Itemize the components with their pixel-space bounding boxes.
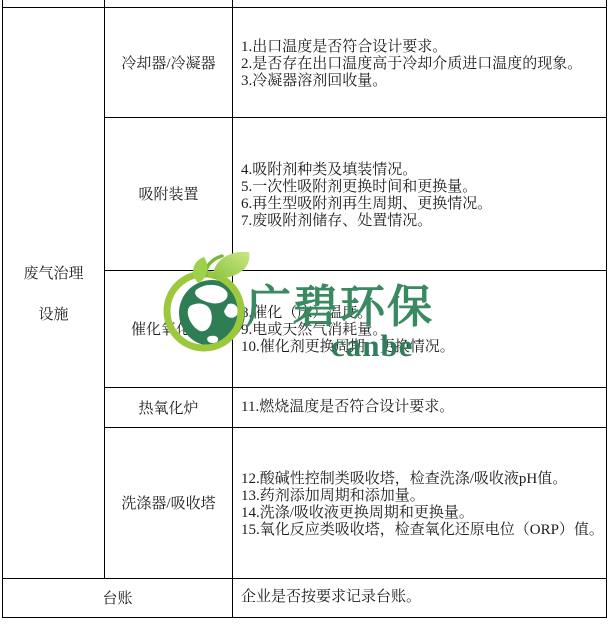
brand-name-en: canbe bbox=[331, 330, 414, 361]
device-cell: 洗涤器/吸收塔 bbox=[105, 427, 233, 578]
device-label: 催化氧化器 bbox=[131, 322, 206, 338]
items-cell: 4.吸附剂种类及填装情况。 5.一次性吸附剂更换时间和更换量。 6.再生型吸附剂… bbox=[233, 117, 607, 270]
truncated-cell bbox=[105, 0, 233, 7]
checklist-item: 5.一次性吸附剂更换时间和更换量。 bbox=[241, 179, 477, 195]
device-label: 冷却器/冷凝器 bbox=[121, 56, 215, 72]
truncated-cell bbox=[3, 0, 105, 7]
category-label-line1: 废气治理 bbox=[3, 262, 104, 283]
table-row: 废气治理 设施 冷却器/冷凝器 1.出口温度是否符合设计要求。 2.是否存在出口… bbox=[3, 7, 607, 117]
checklist-item: 13.药剂添加周期和添加量。 bbox=[241, 488, 425, 504]
device-cell: 冷却器/冷凝器 bbox=[105, 7, 233, 117]
category-label-line2: 设施 bbox=[3, 303, 104, 324]
checklist-item: 12.酸碱性控制类吸收塔，检查洗涤/吸收液pH值。 bbox=[241, 471, 567, 487]
device-label: 洗涤器/吸收塔 bbox=[121, 496, 215, 512]
checklist-item: 6.再生型吸附剂再生周期、更换情况。 bbox=[241, 196, 492, 212]
items-cell: 1.出口温度是否符合设计要求。 2.是否存在出口温度高于冷却介质进口温度的现象。… bbox=[233, 7, 607, 117]
checklist-item: 企业是否按要求记录台账。 bbox=[241, 589, 421, 605]
items-cell: 企业是否按要求记录台账。 bbox=[233, 578, 607, 617]
items-cell: 12.酸碱性控制类吸收塔，检查洗涤/吸收液pH值。 13.药剂添加周期和添加量。… bbox=[233, 427, 607, 578]
ledger-label: 台账 bbox=[102, 591, 132, 607]
device-label: 吸附装置 bbox=[138, 187, 198, 203]
table-row bbox=[3, 0, 607, 7]
truncated-cell bbox=[233, 0, 607, 7]
device-label: 热氧化炉 bbox=[138, 401, 198, 417]
checklist-item: 4.吸附剂种类及填装情况。 bbox=[241, 162, 417, 178]
checklist-item: 7.废吸附剂储存、处置情况。 bbox=[241, 213, 432, 229]
ledger-cell: 台账 bbox=[3, 578, 233, 617]
checklist-item: 1.出口温度是否符合设计要求。 bbox=[241, 39, 447, 55]
device-cell: 吸附装置 bbox=[105, 117, 233, 270]
checklist-item: 15.氧化反应类吸收塔，检查氧化还原电位（ORP）值。 bbox=[241, 522, 604, 538]
checklist-item: 11.燃烧温度是否符合设计要求。 bbox=[241, 399, 454, 415]
device-cell: 催化氧化器 bbox=[105, 270, 233, 387]
category-cell: 废气治理 设施 bbox=[3, 7, 105, 578]
device-cell: 热氧化炉 bbox=[105, 387, 233, 427]
brand-name-cn: 广碧环保 bbox=[246, 284, 434, 329]
checklist-item: 3.冷凝器溶剂回收量。 bbox=[241, 73, 387, 89]
items-cell: 11.燃烧温度是否符合设计要求。 bbox=[233, 387, 607, 427]
checklist-item: 2.是否存在出口温度高于冷却介质进口温度的现象。 bbox=[241, 56, 582, 72]
checklist-item: 14.洗涤/吸收液更换周期和更换量。 bbox=[241, 505, 474, 521]
table-row: 台账 企业是否按要求记录台账。 bbox=[3, 578, 607, 617]
